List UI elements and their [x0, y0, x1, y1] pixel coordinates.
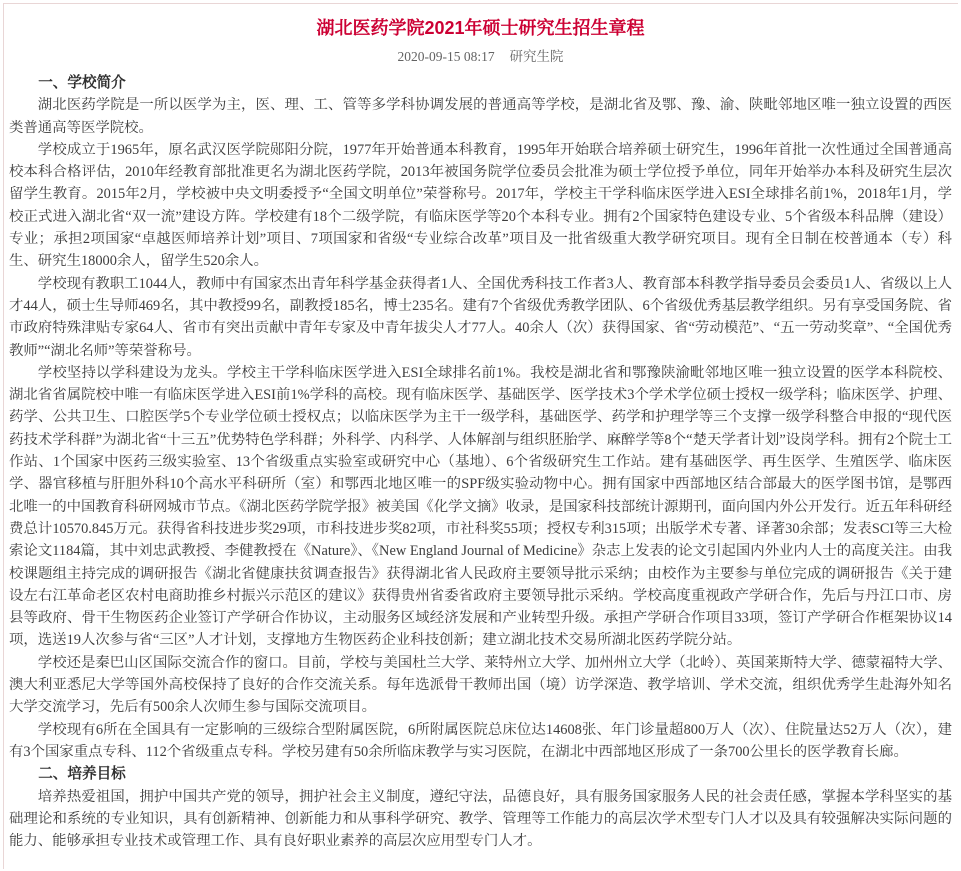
section-training-goals: 二、培养目标 培养热爱祖国，拥护中国共产党的领导，拥护社会主义制度，遵纪守法，品… — [9, 763, 952, 852]
section-1-paragraph-5: 学校还是秦巴山区国际交流合作的窗口。目前，学校与美国杜兰大学、莱特州立大学、加州… — [9, 652, 952, 719]
section-1-paragraph-2: 学校成立于1965年，原名武汉医学院郧阳分院，1977年开始普通本科教育，199… — [9, 139, 952, 273]
article-page: 湖北医药学院2021年硕士研究生招生章程 2020-09-15 08:17研究生… — [3, 3, 958, 869]
article-meta: 2020-09-15 08:17研究生院 — [9, 48, 952, 65]
publish-datetime: 2020-09-15 08:17 — [398, 49, 495, 64]
section-2-paragraph-1: 培养热爱祖国，拥护中国共产党的领导，拥护社会主义制度，遵纪守法，品德良好，具有服… — [9, 786, 952, 853]
section-1-heading: 一、学校简介 — [9, 72, 952, 94]
page-title: 湖北医药学院2021年硕士研究生招生章程 — [9, 4, 952, 39]
article-body: 一、学校简介 湖北医药学院是一所以医学为主，医、理、工、管等多学科协调发展的普通… — [9, 72, 952, 852]
section-1-paragraph-3: 学校现有教职工1044人，教师中有国家杰出青年科学基金获得者1人、全国优秀科技工… — [9, 273, 952, 362]
section-school-intro: 一、学校简介 湖北医药学院是一所以医学为主，医、理、工、管等多学科协调发展的普通… — [9, 72, 952, 763]
section-1-paragraph-6: 学校现有6所在全国具有一定影响的三级综合型附属医院，6所附属医院总床位达1460… — [9, 719, 952, 764]
section-1-paragraph-1: 湖北医药学院是一所以医学为主，医、理、工、管等多学科协调发展的普通高等学校，是湖… — [9, 94, 952, 139]
section-2-heading: 二、培养目标 — [9, 763, 952, 785]
section-1-paragraph-4: 学校坚持以学科建设为龙头。学校主干学科临床医学进入ESI全球排名前1%。我校是湖… — [9, 362, 952, 652]
publisher-department: 研究生院 — [509, 49, 563, 64]
